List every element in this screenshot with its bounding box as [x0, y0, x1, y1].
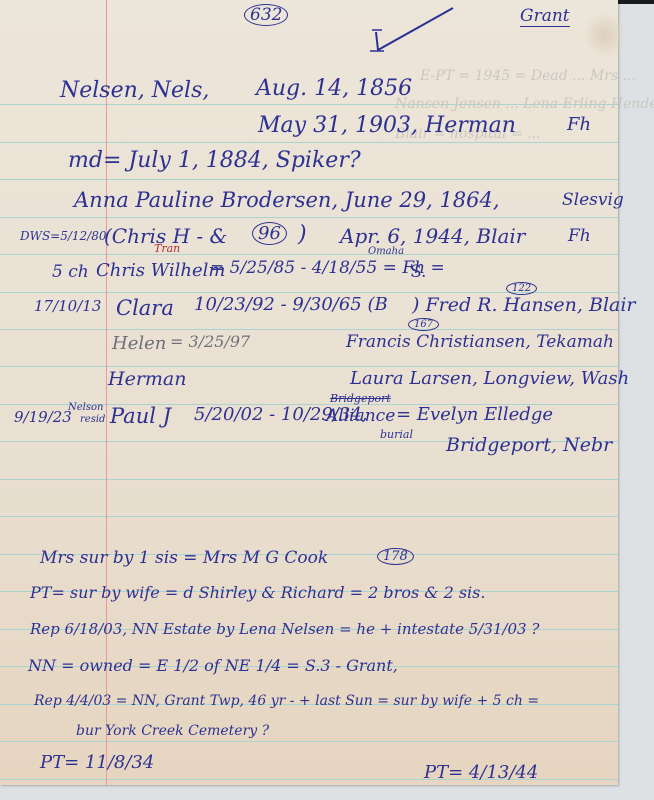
birth-date: Aug. 14, 1856: [256, 76, 412, 101]
struck-place: Bridgeport: [330, 392, 391, 405]
ruled-line: [0, 366, 618, 367]
death-line: May 31, 1903, Herman: [258, 113, 516, 138]
child-side-note: Nelson: [68, 402, 103, 413]
child-name: Herman: [108, 368, 186, 390]
marriage-line: md= July 1, 1884, Spiker?: [68, 148, 361, 173]
bleed-through-text: Nansen Jensen ... Lena Erling Henderson: [395, 96, 654, 112]
spouse-death-prefix: DWS=5/12/80: [20, 229, 107, 243]
burial-label: burial: [380, 428, 413, 441]
spouse-ref-number: 96: [252, 222, 287, 245]
ruled-line: [0, 179, 618, 180]
red-annotation: Tran: [154, 242, 180, 255]
death-note: Fh: [567, 114, 591, 135]
note-rep2: Rep 4/4/03 = NN, Grant Twp, 46 yr - + la…: [34, 693, 539, 709]
child-side-date: 9/19/23: [14, 408, 72, 426]
ruled-line: [0, 479, 618, 480]
child-spouse: S.: [410, 262, 426, 282]
child-spouse: = Evelyn Elledge: [396, 404, 553, 425]
ruled-line: [0, 254, 618, 255]
note-pt1: PT= sur by wife = d Shirley & Richard = …: [30, 583, 485, 602]
ruled-line: [0, 142, 618, 143]
record-number: 632: [244, 4, 288, 26]
check-mark-icon: [368, 6, 458, 58]
children-count: 5 ch: [52, 262, 89, 282]
child-ref-number: 167: [408, 318, 439, 331]
child-place: Alliance: [326, 406, 395, 426]
child-place-note: Omaha: [368, 246, 404, 257]
child-spouse: ) Fred R. Hansen, Blair: [412, 294, 636, 316]
note-rep1: Rep 6/18/03, NN Estate by Lena Nelsen = …: [30, 620, 539, 638]
township-label: Grant: [520, 6, 570, 27]
note-pt-left: PT= 11/8/34: [40, 752, 154, 773]
scanner-edge: [618, 0, 654, 4]
bleed-through-text: E-PT = 1945 = Dead ... Mrs ...: [420, 68, 636, 84]
paper-stain: [585, 10, 625, 60]
spouse-death-note: Fh: [568, 226, 591, 246]
note-burial: bur York Creek Cemetery ?: [76, 723, 269, 739]
child-dates: 10/23/92 - 9/30/65 (B: [194, 294, 388, 315]
ruled-line: [0, 741, 618, 742]
ledger-page: E-PT = 1945 = Dead ... Mrs ... Nansen Je…: [0, 0, 618, 785]
child-name: Paul J: [110, 404, 171, 428]
spouse-line: Anna Pauline Brodersen, June 29, 1864,: [74, 188, 500, 212]
child-name: Clara: [116, 296, 174, 320]
note-ref-number: 178: [377, 548, 414, 565]
note-pt-right: PT= 4/13/44: [424, 762, 538, 783]
child-name: Helen: [112, 333, 166, 354]
child-dates: = 3/25/97: [170, 332, 250, 351]
spouse-church-close: ): [298, 222, 307, 247]
spouse-death: Apr. 6, 1944, Blair: [340, 224, 525, 248]
burial-place: Bridgeport, Nebr: [446, 434, 612, 456]
spouse-origin: Slesvig: [562, 190, 624, 210]
child-name: Chris Wilhelm: [96, 260, 225, 281]
person-name: Nelsen, Nels,: [60, 78, 209, 103]
note-owned: NN = owned = E 1/2 of NE 1/4 = S.3 - Gra…: [28, 656, 398, 675]
ruled-line: [0, 217, 618, 218]
ruled-line: [0, 329, 618, 330]
ruled-line: [0, 516, 618, 517]
note-survived: Mrs sur by 1 sis = Mrs M G Cook: [40, 548, 328, 568]
child-spouse: Francis Christiansen, Tekamah: [346, 332, 614, 352]
child-side-date: 17/10/13: [34, 297, 101, 315]
child-side-note: resid: [80, 414, 105, 425]
child-ref-number: 122: [506, 282, 537, 295]
child-spouse: Laura Larsen, Longview, Wash: [350, 368, 629, 389]
